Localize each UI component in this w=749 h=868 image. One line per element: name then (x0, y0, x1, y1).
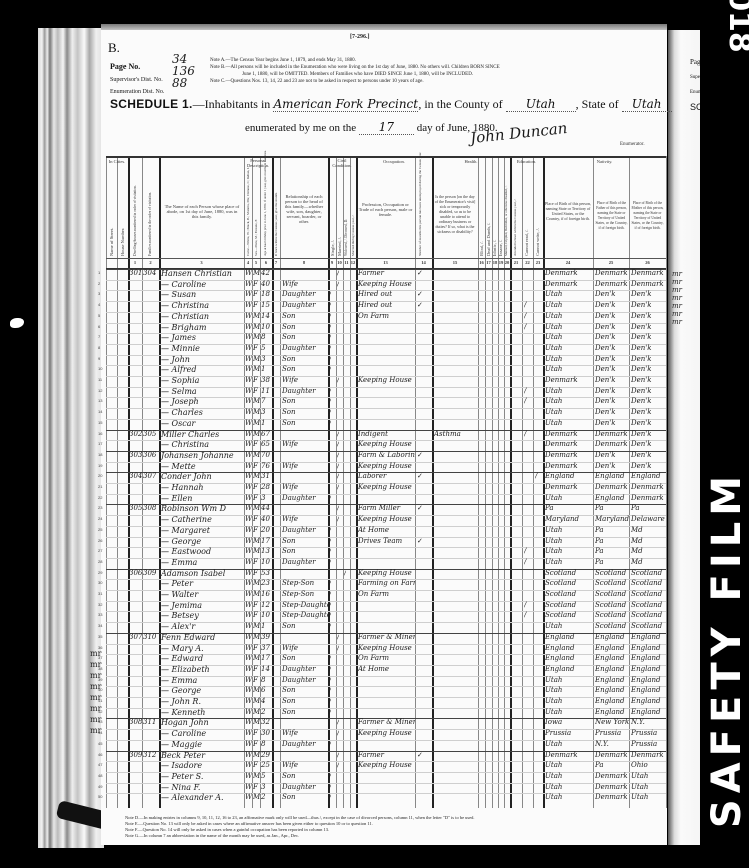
cell-occ: Drives Team (358, 536, 415, 547)
cell-fbp: Scotland (595, 621, 629, 632)
cell-read: / (524, 386, 532, 397)
cell-read: / (524, 610, 532, 621)
cell-age: 3 (261, 782, 272, 793)
civil-condition-mark: / (329, 289, 331, 300)
cell-name: — Jemima (161, 600, 244, 611)
cell-fbp: N.Y. (595, 739, 629, 750)
cell-name: — Mette (161, 461, 244, 472)
cell-name: — Brigham (161, 322, 244, 333)
cell-name: — Isadore (161, 760, 244, 771)
cell-age: 13 (261, 546, 272, 557)
cell-color: W (245, 632, 252, 643)
civil-condition-mark: / (329, 578, 331, 589)
column-number: 22 (522, 260, 533, 265)
cell-color: W (245, 664, 252, 675)
cell-age: 70 (261, 450, 272, 461)
cell-color: W (245, 589, 252, 600)
cell-occ: Keeping House (358, 514, 415, 525)
cell-color: W (245, 461, 252, 472)
cell-chk: ✓ (417, 536, 431, 547)
column-number: 9 (328, 260, 336, 265)
cell-name: Miller Charles (161, 429, 244, 440)
cell-age: 31 (261, 471, 272, 482)
cell-mbp: England (631, 685, 666, 696)
cell-sex: F (253, 728, 260, 739)
cell-sex: M (253, 418, 260, 429)
cell-mbp: Den'k (631, 364, 666, 375)
cell-bp: Utah (545, 739, 593, 750)
cell-age: 40 (261, 279, 272, 290)
cell-read: / (524, 429, 532, 440)
cell-bp: England (545, 632, 593, 643)
cell-name: — Ellen (161, 493, 244, 504)
cell-rel: Son (282, 354, 328, 365)
cell-rel: Wife (282, 643, 328, 654)
cell-fbp: Denmark (595, 482, 629, 493)
cell-sex: M (253, 578, 260, 589)
cell-age: 1 (261, 621, 272, 632)
civil-condition-mark: / (337, 632, 339, 643)
cell-bp: Scotland (545, 600, 593, 611)
cell-color: W (245, 792, 252, 803)
cell-age: 29 (261, 750, 272, 761)
cell-rel: Daughter (282, 289, 328, 300)
row-number: 22 (98, 495, 102, 500)
cell-bp: Utah (545, 418, 593, 429)
row-number: 29 (98, 570, 102, 575)
cell-age: 44 (261, 503, 272, 514)
cell-fbp: Denmark (595, 279, 629, 290)
cell-name: — John (161, 354, 244, 365)
cell-name: — Edward (161, 653, 244, 664)
row-number: 23 (98, 505, 102, 510)
civil-condition-mark: / (329, 792, 331, 803)
cell-rel: Wife (282, 514, 328, 525)
civil-condition-mark: / (337, 268, 339, 279)
cell-name: — Margaret (161, 525, 244, 536)
cell-rel: Daughter (282, 525, 328, 536)
civil-condition-mark: / (329, 675, 331, 686)
cell-sex: M (253, 653, 260, 664)
margin-mark: mr (90, 692, 110, 703)
civil-condition-mark: / (337, 450, 339, 461)
cell-mbp: Den'k (631, 375, 666, 386)
cell-rel: Son (282, 322, 328, 333)
cell-name: — Emma (161, 675, 244, 686)
cell-rel: Step-Daughter (282, 610, 328, 621)
column-number: 6 (260, 260, 272, 265)
cell-age: 2 (261, 792, 272, 803)
cell-bp: Utah (545, 557, 593, 568)
civil-condition-mark: / (337, 728, 339, 739)
cell-color: W (245, 279, 252, 290)
cell-bp: Scotland (545, 568, 593, 579)
cell-fbp: England (595, 707, 629, 718)
cell-occ: Farm Miller (358, 503, 415, 514)
cell-fbp: Denmark (595, 782, 629, 793)
civil-condition-mark: / (337, 750, 339, 761)
cell-rel: Daughter (282, 739, 328, 750)
cell-fam: 305 (143, 429, 159, 440)
civil-condition-mark: / (329, 621, 331, 632)
cell-fbp: Denmark (595, 792, 629, 803)
footnote-g: Note G.—In column 7 an abbreviation in t… (125, 833, 665, 839)
civil-condition-mark: / (329, 322, 331, 333)
civil-condition-mark: / (329, 525, 331, 536)
cell-bp: Utah (545, 493, 593, 504)
cell-age: 14 (261, 664, 272, 675)
cell-color: W (245, 332, 252, 343)
cell-fam: 304 (143, 268, 159, 279)
header-cannot-read: Cannot read, /. (524, 226, 529, 256)
header-nativity: Nativity. (543, 159, 666, 164)
cell-name: Fenn Edward (161, 632, 244, 643)
cell-color: W (245, 418, 252, 429)
header-in-cities: In Cities. (106, 159, 128, 164)
enumeration-dist-label: Enumeration Dist. No. (110, 89, 164, 95)
margin-mark: mr (90, 681, 110, 692)
form-letter: B. (108, 40, 120, 56)
row-number: 10 (98, 366, 102, 371)
cell-color: W (245, 578, 252, 589)
row-number: 18 (98, 452, 102, 457)
cell-bp: Utah (545, 771, 593, 782)
cell-bp: Utah (545, 364, 593, 375)
note-b: Note B.—All persons will be included in … (210, 65, 660, 70)
cell-color: W (245, 343, 252, 354)
page-identifiers: Page No. 34 Supervisor's Dist. No. 136 E… (110, 56, 210, 92)
cell-rel: Wife (282, 728, 328, 739)
header-sex: Sex—Male, M.; Female, F. (254, 174, 258, 256)
cell-occ: Keeping House (358, 461, 415, 472)
header-idiotic: Idiotic, /. (492, 231, 497, 256)
cell-rel: Son (282, 653, 328, 664)
civil-condition-mark: / (329, 332, 331, 343)
cell-sex: F (253, 279, 260, 290)
cell-sex: M (253, 450, 260, 461)
cell-bp: Utah (545, 546, 593, 557)
cell-rel: Son (282, 311, 328, 322)
cell-chk: ✓ (417, 289, 431, 300)
column-number: 26 (629, 260, 666, 265)
cell-fbp: England (595, 632, 629, 643)
cell-mbp: Md (631, 525, 666, 536)
margin-mark: mr (672, 270, 700, 278)
cell-mbp: Den'k (631, 396, 666, 407)
civil-condition-mark: / (329, 782, 331, 793)
cell-occ: Farm & Laboring (358, 450, 415, 461)
cell-rel: Wife (282, 375, 328, 386)
column-number: 11 (343, 260, 350, 265)
enumeration-day: 17 (359, 120, 414, 135)
cell-rel: Daughter (282, 386, 328, 397)
cell-occ: Keeping House (358, 728, 415, 739)
cell-rel: Son (282, 546, 328, 557)
cell-rel: Wife (282, 279, 328, 290)
cell-sex: F (253, 568, 260, 579)
cell-mbp: Den'k (631, 343, 666, 354)
row-number: 16 (98, 431, 102, 436)
row-number: 21 (98, 484, 102, 489)
cell-mbp: Den'k (631, 322, 666, 333)
cell-mbp: Scotland (631, 568, 666, 579)
cell-age: 17 (261, 536, 272, 547)
header-color: Color—White, W.; Black, B.; Mulatto, Mu;… (246, 174, 250, 256)
cell-mbp: Utah (631, 792, 666, 803)
cell-bp: England (545, 653, 593, 664)
cell-fbp: England (595, 675, 629, 686)
cell-sex: F (253, 610, 260, 621)
cell-mbp: England (631, 675, 666, 686)
cell-rel: Daughter (282, 493, 328, 504)
cell-chk: ✓ (417, 450, 431, 461)
cell-dw: 308 (129, 717, 142, 728)
column-number: 16 (478, 260, 485, 265)
civil-condition-mark: / (329, 771, 331, 782)
cell-read: / (524, 322, 532, 333)
cell-mbp: Den'k (631, 300, 666, 311)
cell-color: W (245, 364, 252, 375)
cell-age: 67 (261, 429, 272, 440)
cell-name: Robinson Wm D (161, 503, 244, 514)
row-number: 32 (98, 602, 102, 607)
cell-bp: Denmark (545, 268, 593, 279)
cell-rel: Son (282, 707, 328, 718)
cell-color: W (245, 396, 252, 407)
civil-condition-mark: / (329, 536, 331, 547)
cell-chk: ✓ (417, 503, 431, 514)
column-number: 14 (415, 260, 432, 265)
cell-sex: F (253, 482, 260, 493)
cell-fbp: Pa (595, 525, 629, 536)
civil-condition-mark: / (337, 375, 339, 386)
cell-age: 28 (261, 482, 272, 493)
header-occupation-detail: Profession, Occupation or Trade of each … (358, 202, 413, 217)
cell-rel: Daughter (282, 557, 328, 568)
cell-bp: England (545, 664, 593, 675)
schedule-label: SCHEDULE 1. (110, 97, 193, 111)
cell-sex: F (253, 760, 260, 771)
cell-color: W (245, 750, 252, 761)
state-value: Utah (622, 97, 672, 112)
state-label: , State of (576, 97, 619, 111)
row-number: 24 (98, 516, 102, 521)
row-number: 27 (98, 548, 102, 553)
cell-read: / (524, 600, 532, 611)
civil-condition-mark: / (337, 461, 339, 472)
cell-bp: Scotland (545, 610, 593, 621)
cell-color: W (245, 493, 252, 504)
cell-fbp: Prussia (595, 728, 629, 739)
cell-name: — Mary A. (161, 643, 244, 654)
cell-rel: Son (282, 685, 328, 696)
cell-name: — Alfred (161, 364, 244, 375)
cell-mbp: Scotland (631, 589, 666, 600)
cell-bp: Utah (545, 322, 593, 333)
cell-sex: F (253, 461, 260, 472)
cell-sex: M (253, 771, 260, 782)
cell-name: — Emma (161, 557, 244, 568)
cell-name: — Nina F. (161, 782, 244, 793)
cell-age: 15 (261, 300, 272, 311)
cell-name: — Alexander A. (161, 792, 244, 803)
header-civil-condition: Civil Condition. (328, 158, 356, 168)
cell-name: — James (161, 332, 244, 343)
cell-fbp: Den'k (595, 322, 629, 333)
cell-name: — Christian (161, 311, 244, 322)
cell-read: / (524, 311, 532, 322)
civil-condition-mark: / (329, 696, 331, 707)
margin-mark: mr (672, 278, 700, 286)
cell-sex: F (253, 386, 260, 397)
row-number: 5 (98, 313, 100, 318)
cell-age: 17 (261, 653, 272, 664)
cell-bp: Denmark (545, 375, 593, 386)
cell-fam: 312 (143, 750, 159, 761)
column-number: 3 (159, 260, 244, 265)
row-number: 28 (98, 559, 102, 564)
cell-age: 42 (261, 268, 272, 279)
cell-fbp: Pa (595, 546, 629, 557)
cell-name: — Walter (161, 589, 244, 600)
cell-mbp: Prussia (631, 739, 666, 750)
cell-rel: Wife (282, 482, 328, 493)
cell-fbp: Denmark (595, 429, 629, 440)
civil-condition-mark: / (329, 707, 331, 718)
cell-name: — Susan (161, 289, 244, 300)
margin-mark: mr (90, 648, 110, 659)
cell-mbp: Den'k (631, 386, 666, 397)
cell-name: — Joseph (161, 396, 244, 407)
cell-age: 7 (261, 396, 272, 407)
row-number: 7 (98, 334, 100, 339)
cell-color: W (245, 482, 252, 493)
form-notes: Note A.—The Census Year begins June 1, 1… (210, 58, 660, 84)
cell-fbp: Scotland (595, 568, 629, 579)
cell-sex: M (253, 396, 260, 407)
cell-sex: M (253, 322, 260, 333)
civil-condition-mark: / (329, 311, 331, 322)
cell-fam: 306 (143, 450, 159, 461)
cell-age: 1 (261, 418, 272, 429)
film-artifact (10, 318, 24, 328)
column-number: 7 (272, 260, 280, 265)
county-label: , in the County of (418, 97, 502, 111)
cell-mbp: N.Y. (631, 717, 666, 728)
margin-mark: mr (90, 725, 110, 736)
header-school: Attended school within the Census year, … (513, 176, 517, 256)
cell-bp: Scotland (545, 578, 593, 589)
cell-mbp: England (631, 653, 666, 664)
cell-rel: Wife (282, 461, 328, 472)
cell-occ: On Farm (358, 311, 415, 322)
cell-bp: Denmark (545, 482, 593, 493)
cell-name: — Charles (161, 407, 244, 418)
cell-age: 12 (261, 600, 272, 611)
cell-fbp: Denmark (595, 771, 629, 782)
civil-condition-mark: / (329, 343, 331, 354)
cell-fbp: Scotland (595, 600, 629, 611)
cell-color: W (245, 503, 252, 514)
row-number: 14 (98, 409, 102, 414)
cell-name: — Eastwood (161, 546, 244, 557)
cell-mbp: Scotland (631, 610, 666, 621)
cell-color: W (245, 450, 252, 461)
cell-sex: F (253, 600, 260, 611)
cell-bp: Utah (545, 792, 593, 803)
cell-read: / (524, 557, 532, 568)
cell-occ: Hired out (358, 300, 415, 311)
column-number: 15 (432, 260, 478, 265)
cell-chk: ✓ (417, 300, 431, 311)
cell-bp: Maryland (545, 514, 593, 525)
cell-bp: England (545, 643, 593, 654)
civil-condition-mark: / (329, 418, 331, 429)
cell-occ: Keeping House (358, 375, 415, 386)
cell-fbp: Den'k (595, 343, 629, 354)
cell-color: W (245, 439, 252, 450)
cell-name: — George (161, 685, 244, 696)
cell-age: 30 (261, 728, 272, 739)
margin-mark: mr (672, 310, 700, 318)
cell-fbp: Scotland (595, 610, 629, 621)
cell-fbp: England (595, 471, 629, 482)
cell-name: Adamson Isabel (161, 568, 244, 579)
cell-color: W (245, 643, 252, 654)
cell-mbp: England (631, 707, 666, 718)
cell-fbp: England (595, 643, 629, 654)
cell-name: — Sophia (161, 375, 244, 386)
cell-age: 76 (261, 461, 272, 472)
cell-age: 53 (261, 568, 272, 579)
cell-name: — Hannah (161, 482, 244, 493)
cell-rel: Daughter (282, 343, 328, 354)
cell-color: W (245, 675, 252, 686)
cell-sex: M (253, 632, 260, 643)
cell-fbp: Den'k (595, 450, 629, 461)
cell-name: — Alex'r (161, 621, 244, 632)
civil-condition-mark: / (337, 482, 339, 493)
margin-mark: mr (90, 659, 110, 670)
margin-mark: mr (90, 670, 110, 681)
footnotes: Note D.—In making entries in columns 9, … (125, 815, 665, 839)
cell-dw: 302 (129, 429, 142, 440)
cell-age: 10 (261, 557, 272, 568)
cell-color: W (245, 771, 252, 782)
cell-age: 32 (261, 717, 272, 728)
cell-sex: F (253, 525, 260, 536)
cell-name: — Catherine (161, 514, 244, 525)
cell-dw: 304 (129, 471, 142, 482)
cell-color: W (245, 653, 252, 664)
cell-color: W (245, 386, 252, 397)
cell-rel: Wife (282, 760, 328, 771)
cell-fbp: Den'k (595, 364, 629, 375)
header-blind: Blind, /. (479, 236, 484, 256)
cell-dw: 301 (129, 268, 142, 279)
cell-sex: M (253, 546, 260, 557)
cell-rel: Step-Son (282, 589, 328, 600)
cell-color: W (245, 696, 252, 707)
cell-rel: Son (282, 696, 328, 707)
cell-sex: M (253, 503, 260, 514)
cell-bp: Utah (545, 760, 593, 771)
header-widowed: Widowed, /. Divorced, D. (344, 216, 348, 256)
cell-fbp: Den'k (595, 311, 629, 322)
cell-color: W (245, 268, 252, 279)
cell-mbp: England (631, 643, 666, 654)
cell-mbp: Den'k (631, 311, 666, 322)
